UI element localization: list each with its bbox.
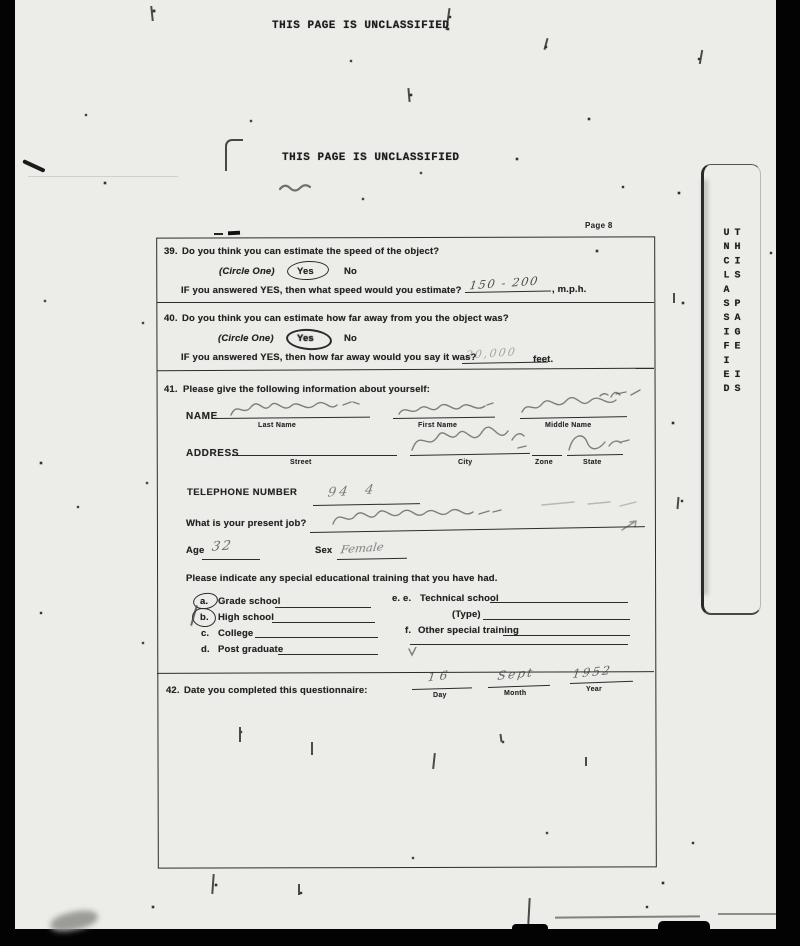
scan-mark-line — [28, 176, 178, 177]
form-border-dash — [214, 233, 223, 235]
q42-number: 42. — [166, 686, 180, 697]
edu-f-line — [503, 635, 630, 636]
scan-tick — [543, 38, 548, 50]
edu-a-line — [275, 607, 371, 608]
scan-edge-bump — [658, 921, 710, 931]
edu-e-letter: e. e. — [392, 594, 411, 605]
q40-circle-one-label: (Circle One) — [218, 334, 274, 345]
education-prompt: Please indicate any special educational … — [186, 574, 498, 585]
month-sublabel: Month — [504, 690, 527, 697]
city-sublabel: City — [458, 459, 472, 466]
side-tab-smudge — [702, 180, 708, 595]
scan-tick — [211, 874, 214, 894]
scan-tick — [298, 884, 300, 895]
q39-unit: , m.p.h. — [552, 285, 586, 296]
q40-question: Do you think you can estimate how far aw… — [182, 314, 509, 325]
scan-tick — [699, 50, 703, 64]
handwriting-state-scrawl — [563, 426, 633, 456]
edu-e-label: Technical school — [420, 594, 499, 605]
scan-edge-left — [0, 0, 15, 946]
age-value: 32 — [211, 538, 234, 554]
edu-c-letter: c. — [201, 629, 209, 640]
scan-tick — [673, 293, 675, 303]
state-sublabel: State — [583, 459, 602, 466]
day-sublabel: Day — [433, 692, 447, 699]
scan-edge-bump — [512, 924, 548, 932]
edu-d-letter: d. — [201, 645, 210, 656]
q41-number: 41. — [164, 385, 178, 396]
scan-noise-specks — [0, 0, 2, 2]
scan-edge-right — [776, 0, 800, 946]
scan-mark-scratch — [555, 915, 700, 918]
scan-mark-scratch — [718, 913, 776, 915]
edu-extra-line — [410, 644, 628, 645]
age-field-label: Age — [186, 546, 204, 557]
sex-field-label: Sex — [315, 546, 332, 557]
telephone-field-label: TELEPHONE NUMBER — [187, 488, 297, 499]
job-field-label: What is your present job? — [186, 519, 306, 530]
age-line — [202, 559, 260, 560]
scan-tick — [407, 88, 410, 102]
scan-mark-hook — [225, 139, 243, 171]
handwriting-job-scrawl — [325, 504, 520, 530]
handwriting-job-dashes — [540, 497, 640, 509]
classification-header-mid: THIS PAGE IS UNCLASSIFIED — [282, 152, 460, 164]
handwriting-city-scrawl — [406, 422, 531, 456]
q39-number: 39. — [164, 247, 178, 258]
q40-unit: feet. — [533, 355, 553, 366]
q39-option-no: No — [344, 267, 357, 278]
q40-followup: IF you answered YES, then how far away w… — [181, 353, 476, 364]
edu-type-line — [483, 619, 630, 620]
form-border-tick — [228, 231, 240, 236]
last-name-sublabel: Last Name — [258, 422, 296, 429]
scan-mark-squiggle — [278, 181, 314, 193]
scan-edge-bottom — [0, 929, 800, 946]
edu-type-label: (Type) — [452, 610, 481, 621]
scan-tick — [150, 6, 154, 21]
address-field-label: ADDRESS — [186, 448, 239, 459]
address-street-line — [232, 455, 397, 456]
zone-sublabel: Zone — [535, 459, 553, 466]
section-divider — [157, 302, 654, 303]
handwriting-first-name-scrawl — [395, 400, 495, 420]
scan-mark-dash — [22, 159, 45, 172]
edu-b-line — [272, 622, 375, 623]
address-zone-line — [532, 455, 562, 456]
edu-f-letter: f. — [405, 626, 411, 637]
edu-v-mark — [407, 647, 419, 659]
street-sublabel: Street — [290, 459, 312, 466]
edu-c-line — [255, 637, 378, 638]
page-number: Page 8 — [585, 221, 613, 230]
edu-d-line — [278, 654, 378, 655]
q41-question: Please give the following information ab… — [183, 385, 430, 396]
handwriting-last-name-scrawl — [225, 397, 365, 421]
q39-circle-one-label: (Circle One) — [219, 267, 275, 278]
edu-b-label: High school — [218, 613, 274, 624]
q39-question: Do you think you can estimate the speed … — [182, 247, 439, 258]
q40-number: 40. — [164, 314, 178, 325]
handwriting-arrow-mark — [620, 518, 640, 532]
name-field-label: NAME — [186, 411, 218, 422]
q40-option-no: No — [344, 334, 357, 345]
edu-d-label: Post graduate — [218, 645, 283, 656]
year-sublabel: Year — [586, 686, 602, 693]
edu-e-line — [490, 602, 628, 603]
handwriting-stray-marks — [608, 386, 644, 400]
scan-tick — [527, 898, 530, 924]
scan-tick — [676, 497, 679, 509]
q42-question: Date you completed this questionnaire: — [184, 686, 368, 697]
side-tab-classification-text: THIS PAGE IS UNCLASSIFIED — [721, 228, 743, 578]
q39-followup: IF you answered YES, then what speed wou… — [181, 286, 462, 297]
edu-a-label: Grade school — [218, 597, 281, 608]
scanned-questionnaire-page: THIS PAGE IS UNCLASSIFIED THIS PAGE IS U… — [0, 0, 800, 946]
classification-header-top: THIS PAGE IS UNCLASSIFIED — [272, 20, 450, 32]
edu-c-label: College — [218, 629, 253, 640]
